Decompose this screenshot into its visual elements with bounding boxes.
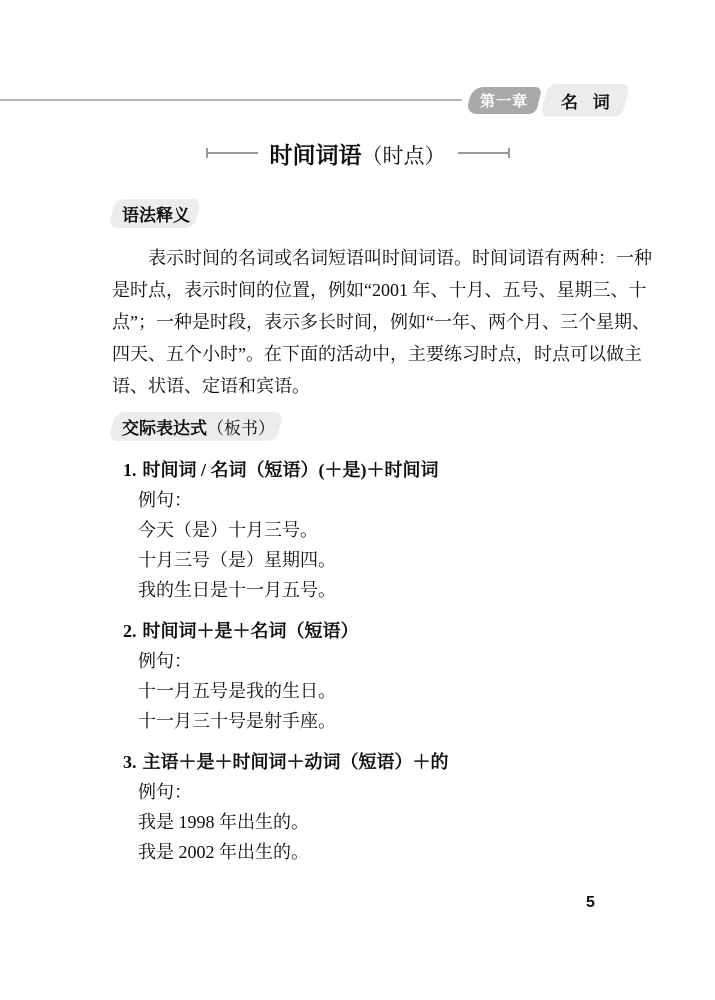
- example-sentence: 我的生日是十一月五号。: [123, 575, 613, 605]
- title-dash-left-icon: [206, 152, 258, 154]
- example-label: 例句：: [123, 646, 613, 676]
- formula-text: 时间词＋是＋名词（短语）: [143, 616, 359, 646]
- paragraph-line: 是时点，表示时间的位置，例如“2001 年、十月、五号、星期三、十: [112, 274, 608, 306]
- formula-heading: 3. 主语＋是＋时间词＋动词（短语）＋的: [123, 747, 613, 777]
- grammar-paragraph: 表示时间的名词或名词短语叫时间词语。时间词语有两种：一种 是时点，表示时间的位置…: [112, 242, 608, 402]
- page-title-main: 时间词语: [270, 142, 362, 168]
- example-sentence: 我是 1998 年出生的。: [123, 807, 613, 837]
- formula-heading: 1. 时间词 / 名词（短语）(＋是)＋时间词: [123, 455, 613, 485]
- expression-item: 3. 主语＋是＋时间词＋动词（短语）＋的 例句： 我是 1998 年出生的。 我…: [123, 747, 613, 867]
- book-page: 第一章 名 词 时间词语（时点） 语法释义 表示时间的名词或名词短语叫时间词语。…: [0, 0, 715, 1000]
- title-dash-right-icon: [458, 152, 510, 154]
- item-number: 3.: [123, 747, 137, 777]
- page-title: 时间词语（时点）: [0, 136, 715, 170]
- example-label: 例句：: [123, 777, 613, 807]
- section-badge-grammar: 语法释义: [108, 199, 201, 228]
- example-sentence: 我是 2002 年出生的。: [123, 837, 613, 867]
- chapter-badge-label: 第一章: [480, 90, 528, 111]
- example-sentence: 十一月五号是我的生日。: [123, 676, 613, 706]
- formula-text: 主语＋是＋时间词＋动词（短语）＋的: [143, 747, 449, 777]
- expression-item: 2. 时间词＋是＋名词（短语） 例句： 十一月五号是我的生日。 十一月三十号是射…: [123, 616, 613, 736]
- item-number: 2.: [123, 616, 137, 646]
- paragraph-line: 四天、五个小时”。在下面的活动中，主要练习时点，时点可以做主: [112, 338, 608, 370]
- paragraph-line: 点”；一种是时段，表示多长时间，例如“一年、两个月、三个星期、: [112, 306, 608, 338]
- chapter-badge: 第一章: [466, 87, 543, 114]
- section-badge-expressions-label: 交际表达式: [122, 414, 207, 439]
- paragraph-line: 表示时间的名词或名词短语叫时间词语。时间词语有两种：一种: [112, 242, 608, 274]
- paragraph-line: 语、状语、定语和宾语。: [112, 370, 608, 402]
- example-sentence: 今天（是）十月三号。: [123, 515, 613, 545]
- page-number: 5: [586, 894, 595, 912]
- chapter-title-badge: 名 词: [540, 84, 630, 117]
- page-title-sub: （时点）: [362, 144, 446, 168]
- expression-item: 1. 时间词 / 名词（短语）(＋是)＋时间词 例句： 今天（是）十月三号。 十…: [123, 455, 613, 605]
- example-sentence: 十一月三十号是射手座。: [123, 706, 613, 736]
- formula-heading: 2. 时间词＋是＋名词（短语）: [123, 616, 613, 646]
- example-sentence: 十月三号（是）星期四。: [123, 545, 613, 575]
- section-badge-expressions: 交际表达式（板书）: [108, 412, 283, 441]
- item-number: 1.: [123, 455, 137, 485]
- section-badge-grammar-label: 语法释义: [122, 201, 190, 226]
- header-rule: [0, 99, 462, 101]
- section-badge-expressions-sublabel: （板书）: [207, 414, 275, 439]
- formula-text: 时间词 / 名词（短语）(＋是)＋时间词: [143, 455, 439, 485]
- example-label: 例句：: [123, 485, 613, 515]
- expression-list: 1. 时间词 / 名词（短语）(＋是)＋时间词 例句： 今天（是）十月三号。 十…: [123, 455, 613, 867]
- chapter-title-label: 名 词: [556, 88, 615, 113]
